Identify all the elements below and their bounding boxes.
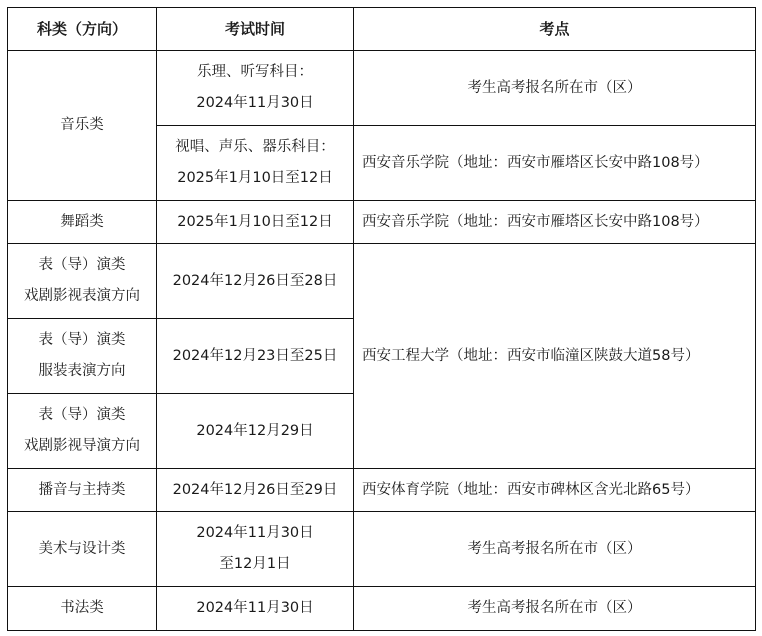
- category-fashion: 表（导）演类 服装表演方向: [8, 319, 157, 394]
- category-drama-acting: 表（导）演类 戏剧影视表演方向: [8, 244, 157, 319]
- category-line2: 戏剧影视表演方向: [12, 281, 152, 312]
- table-row-music-1: 音乐类 乐理、听写科目： 2024年11月30日 考生高考报名所在市（区）: [8, 51, 756, 126]
- category-music: 音乐类: [8, 51, 157, 201]
- location-music-theory: 考生高考报名所在市（区）: [354, 51, 756, 126]
- location-art-design: 考生高考报名所在市（区）: [354, 512, 756, 587]
- header-exam-time: 考试时间: [157, 8, 354, 51]
- location-dance: 西安音乐学院（地址：西安市雁塔区长安中路108号）: [354, 201, 756, 244]
- time-label: 视唱、声乐、器乐科目：: [161, 132, 349, 163]
- header-exam-location: 考点: [354, 8, 756, 51]
- table-row-drama-acting: 表（导）演类 戏剧影视表演方向 2024年12月26日至28日 西安工程大学（地…: [8, 244, 756, 319]
- location-music-performance: 西安音乐学院（地址：西安市雁塔区长安中路108号）: [354, 126, 756, 201]
- time-value: 2025年1月10日至12日: [161, 163, 349, 194]
- category-calligraphy: 书法类: [8, 587, 157, 631]
- time-calligraphy: 2024年11月30日: [157, 587, 354, 631]
- location-performance: 西安工程大学（地址：西安市临潼区陕鼓大道58号）: [354, 244, 756, 469]
- exam-schedule-table: 科类（方向） 考试时间 考点 音乐类 乐理、听写科目： 2024年11月30日 …: [7, 7, 756, 631]
- time-drama-directing: 2024年12月29日: [157, 394, 354, 469]
- table-row-broadcasting: 播音与主持类 2024年12月26日至29日 西安体育学院（地址：西安市碑林区含…: [8, 469, 756, 512]
- category-dance: 舞蹈类: [8, 201, 157, 244]
- header-row: 科类（方向） 考试时间 考点: [8, 8, 756, 51]
- time-dance: 2025年1月10日至12日: [157, 201, 354, 244]
- time-broadcasting: 2024年12月26日至29日: [157, 469, 354, 512]
- time-music-performance: 视唱、声乐、器乐科目： 2025年1月10日至12日: [157, 126, 354, 201]
- table-row-art-design: 美术与设计类 2024年11月30日 至12月1日 考生高考报名所在市（区）: [8, 512, 756, 587]
- category-line1: 表（导）演类: [12, 325, 152, 356]
- time-drama-acting: 2024年12月26日至28日: [157, 244, 354, 319]
- location-calligraphy: 考生高考报名所在市（区）: [354, 587, 756, 631]
- category-drama-directing: 表（导）演类 戏剧影视导演方向: [8, 394, 157, 469]
- category-broadcasting: 播音与主持类: [8, 469, 157, 512]
- header-category: 科类（方向）: [8, 8, 157, 51]
- time-label: 乐理、听写科目：: [161, 57, 349, 88]
- category-line1: 表（导）演类: [12, 400, 152, 431]
- location-broadcasting: 西安体育学院（地址：西安市碑林区含光北路65号）: [354, 469, 756, 512]
- time-line1: 2024年11月30日: [161, 518, 349, 549]
- time-art-design: 2024年11月30日 至12月1日: [157, 512, 354, 587]
- table-row-calligraphy: 书法类 2024年11月30日 考生高考报名所在市（区）: [8, 587, 756, 631]
- time-value: 2024年11月30日: [161, 88, 349, 119]
- category-line2: 服装表演方向: [12, 356, 152, 387]
- category-line1: 表（导）演类: [12, 250, 152, 281]
- category-line2: 戏剧影视导演方向: [12, 431, 152, 462]
- category-art-design: 美术与设计类: [8, 512, 157, 587]
- time-music-theory: 乐理、听写科目： 2024年11月30日: [157, 51, 354, 126]
- time-fashion: 2024年12月23日至25日: [157, 319, 354, 394]
- time-line2: 至12月1日: [161, 549, 349, 580]
- table-row-dance: 舞蹈类 2025年1月10日至12日 西安音乐学院（地址：西安市雁塔区长安中路1…: [8, 201, 756, 244]
